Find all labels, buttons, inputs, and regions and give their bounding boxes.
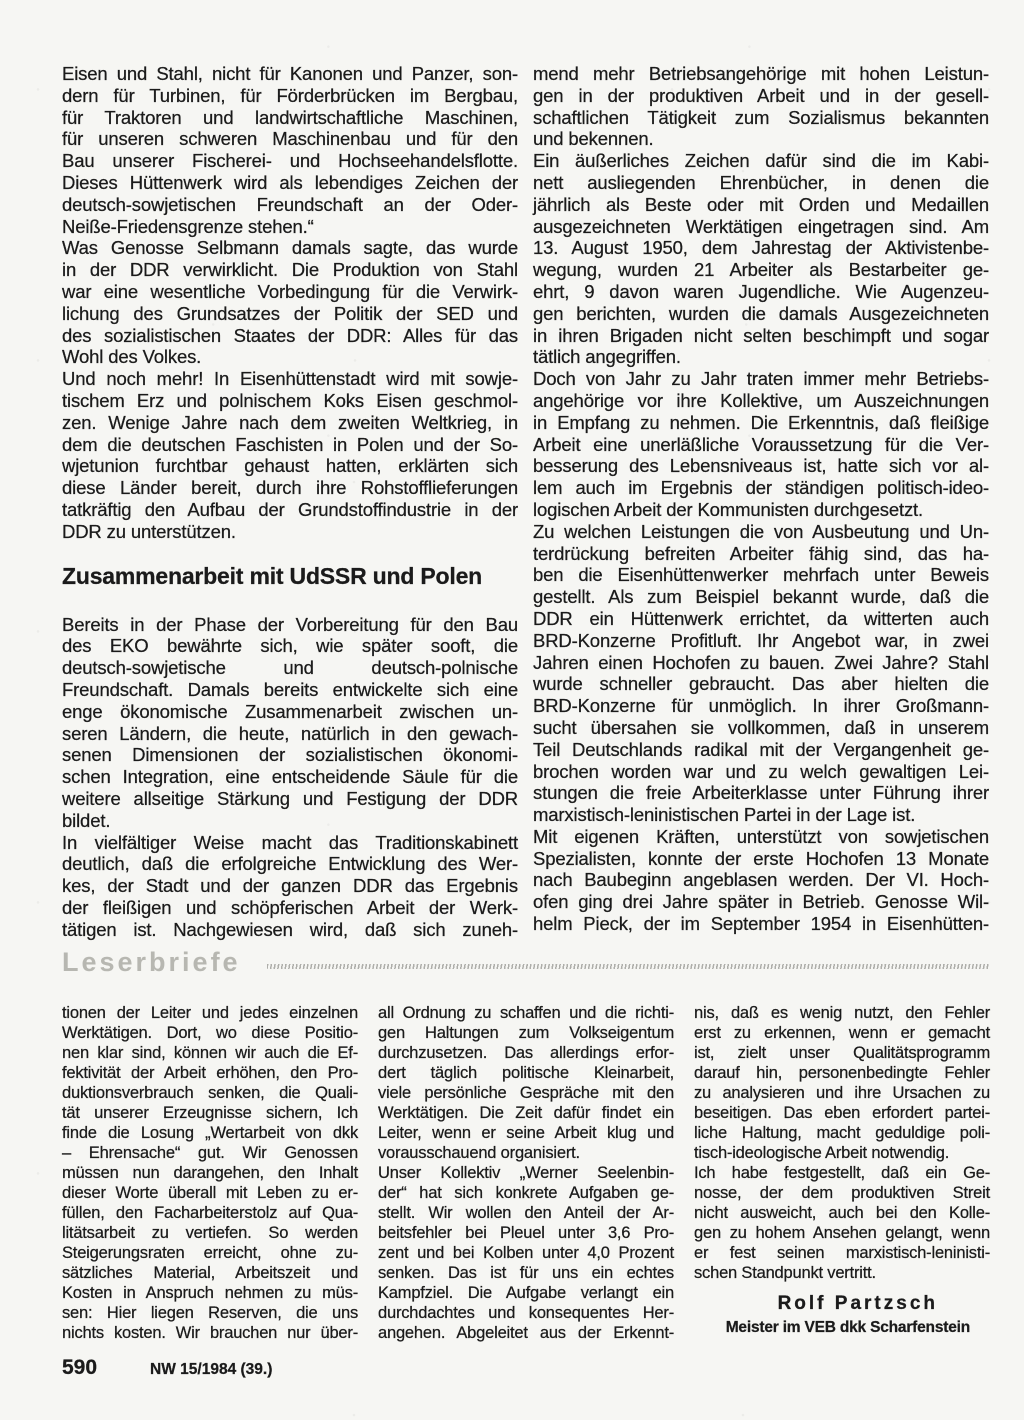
paragraph: Unser Kollektiv „Werner Seelenbin- der“ … [378,1163,674,1343]
paragraph: In vielfältiger Weise macht das Traditio… [62,832,518,941]
paragraph: all Ordnung zu schaffen und die richti- … [378,1003,674,1163]
justified-lines: Mit eigenen Kräften, unterstützt von sow… [533,826,989,935]
justified-lines: nis, daß es wenig nutzt, den Fehler erst… [694,1003,990,1143]
paragraph-last-line: schen Standpunkt vertritt. [694,1263,990,1283]
article-column-right: mend mehr Betriebsangehörige mit hohen L… [533,63,989,940]
paragraph: Und noch mehr! In Eisenhüttenstadt wird … [62,368,518,542]
paragraph-last-line: DDR zu unterstützen. [62,521,518,543]
paragraph: Was Genosse Selbmann damals sagte, das w… [62,237,518,368]
justified-lines: Und noch mehr! In Eisenhüttenstadt wird … [62,368,518,521]
paragraph-last-line: logischen Arbeit der Kommunisten durchge… [533,499,989,521]
justified-lines: Was Genosse Selbmann damals sagte, das w… [62,237,518,346]
page-footer: 590 NW 15/1984 (39.) [62,1356,990,1380]
article-column-left: Eisen und Stahl, nicht für Kanonen und P… [62,63,518,940]
justified-lines: Bereits in der Phase der Vorbereitung fü… [62,614,518,810]
justified-lines: mend mehr Betriebsangehörige mit hohen L… [533,63,989,128]
justified-lines: Doch von Jahr zu Jahr traten immer mehr … [533,368,989,499]
paragraph-last-line: tätlich angegriffen. [533,346,989,368]
leserbriefe-section-title: Leserbriefe [62,947,241,978]
paragraph: tionen der Leiter und jedes einzelnen We… [62,1003,358,1343]
paragraph-last-line: marxistisch-leninistischen Partei in der… [533,804,989,826]
decorative-squiggle-rule [267,964,990,969]
paragraph-last-line: Neiße-Friedensgrenze stehen.“ [62,216,518,238]
paragraph: Ein äußerliches Zeichen dafür sind die i… [533,150,989,368]
section-heading: Zusammenarbeit mit UdSSR und Polen [62,563,518,590]
paragraph: nis, daß es wenig nutzt, den Fehler erst… [694,1003,990,1163]
article-body: Eisen und Stahl, nicht für Kanonen und P… [62,63,990,940]
issue-label: NW 15/1984 (39.) [150,1361,272,1379]
paragraph: Bereits in der Phase der Vorbereitung fü… [62,614,518,832]
paragraph-last-line: tisch-ideologische Arbeit notwendig. [694,1143,990,1163]
paragraph: Ich habe festgestellt, daß ein Ge- nosse… [694,1163,990,1283]
justified-lines: all Ordnung zu schaffen und die richti- … [378,1003,674,1143]
justified-lines: Ich habe festgestellt, daß ein Ge- nosse… [694,1163,990,1263]
letters-section: tionen der Leiter und jedes einzelnen We… [62,1003,990,1343]
paragraph: Mit eigenen Kräften, unterstützt von sow… [533,826,989,935]
page-number: 590 [62,1356,97,1380]
justified-lines: Ein äußerliches Zeichen dafür sind die i… [533,150,989,346]
signature-name: Rolf Partzsch [694,1293,990,1315]
leserbriefe-header: Leserbriefe [62,946,990,978]
paragraph-last-line: Wohl des Volkes. [62,346,518,368]
justified-lines: Eisen und Stahl, nicht für Kanonen und P… [62,63,518,216]
justified-lines: Unser Kollektiv „Werner Seelenbin- der“ … [378,1163,674,1343]
justified-lines: tionen der Leiter und jedes einzelnen We… [62,1003,358,1343]
paragraph: Zu welchen Leistungen die von Ausbeutung… [533,521,989,826]
letter-column-1: tionen der Leiter und jedes einzelnen We… [62,1003,358,1343]
paragraph: Doch von Jahr zu Jahr traten immer mehr … [533,368,989,521]
letter-column-3: nis, daß es wenig nutzt, den Fehler erst… [694,1003,990,1343]
paragraph: Eisen und Stahl, nicht für Kanonen und P… [62,63,518,237]
paragraph-last-line: vorausschauend organisiert. [378,1143,674,1163]
paragraph-last-line: und bekennen. [533,128,989,150]
paragraph: mend mehr Betriebsangehörige mit hohen L… [533,63,989,150]
signature-role: Meister im VEB dkk Scharfenstein [694,1318,990,1337]
paragraph-last-line: bildet. [62,810,518,832]
justified-lines: Zu welchen Leistungen die von Ausbeutung… [533,521,989,804]
magazine-page: Eisen und Stahl, nicht für Kanonen und P… [0,0,1024,1420]
justified-lines: In vielfältiger Weise macht das Traditio… [62,832,518,941]
letter-column-2: all Ordnung zu schaffen und die richti- … [378,1003,674,1343]
